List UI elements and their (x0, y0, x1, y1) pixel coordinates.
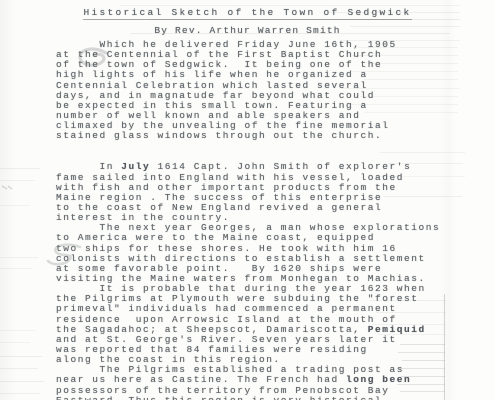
text-line: Eastward. Thus this region is very histo… (56, 396, 486, 400)
paragraph: In July 1614 Capt. John Smith of explore… (56, 162, 486, 223)
document-title: Historical Sketch of the Town of Sedgwic… (83, 7, 411, 20)
text-line: primeval" individuals had commenced a pe… (56, 304, 486, 314)
document-page: Historical Sketch of the Town of Sedgwic… (0, 0, 495, 400)
typewritten-document: Historical Sketch of the Town of Sedgwic… (0, 0, 495, 400)
paragraph: The Pilgrims established a trading post … (56, 365, 486, 400)
title-row: Historical Sketch of the Town of Sedgwic… (0, 2, 495, 20)
text-line: to America were to the Maine coast, equi… (56, 233, 486, 243)
paragraph: Which he delivered Friday June 16th, 190… (56, 40, 486, 141)
text-line: stained glass windows through out the ch… (56, 131, 486, 141)
text-line: near us here as Castine. The French had … (56, 375, 486, 385)
document-byline: By Rev. Arthur Warren Smith (154, 25, 340, 36)
paragraph: The next year Georges, a man whose explo… (56, 223, 486, 284)
byline-row: By Rev. Arthur Warren Smith (0, 20, 495, 38)
paragraph: It is probable that during the year 1623… (56, 284, 486, 365)
document-body: Which he delivered Friday June 16th, 190… (56, 40, 486, 400)
